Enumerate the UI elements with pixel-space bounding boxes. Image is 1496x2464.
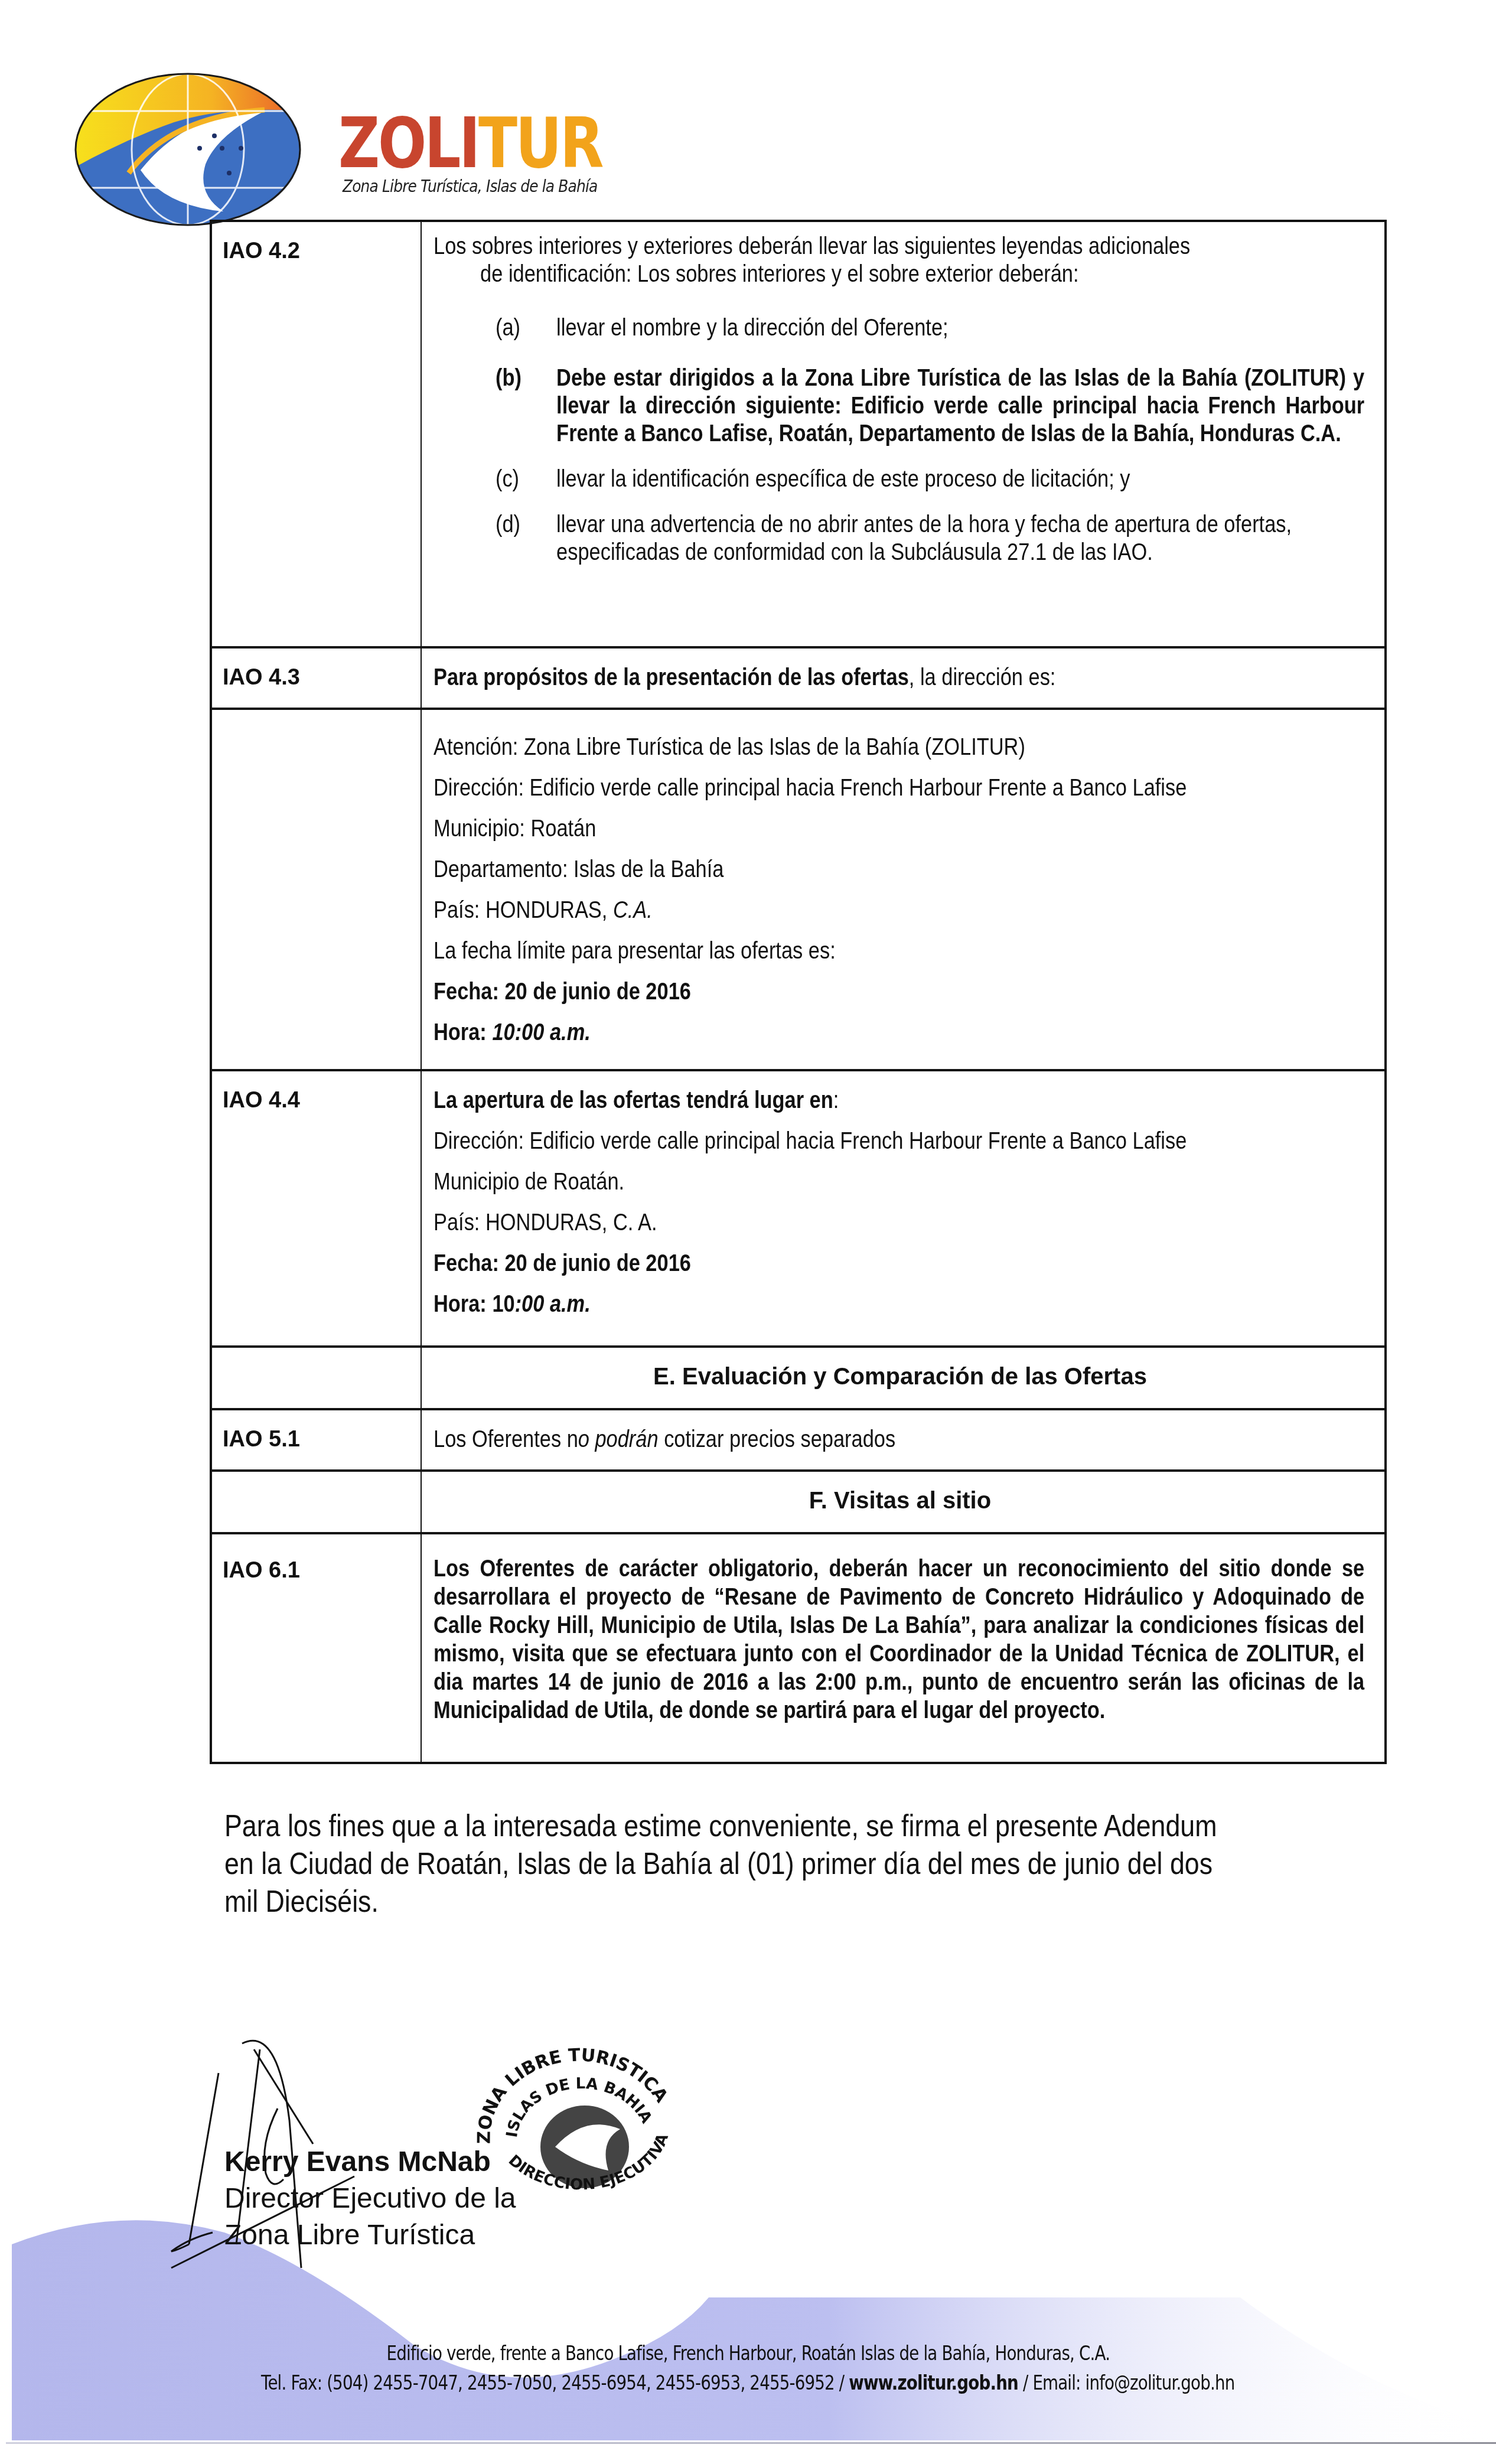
signature-block: Kerry Evans McNab Director Ejecutivo de … [224,2144,516,2254]
clause-id: IAO 6.1 [212,1534,422,1762]
table-row-iao-4-3: IAO 4.3 Para propósitos de la presentaci… [212,646,1384,708]
email-label: / Email: [1018,2371,1086,2394]
municipality-line: Municipio de Roatán. [434,1168,1364,1196]
globe-logo-icon [70,70,306,226]
email-link[interactable]: info@zolitur.gob.hn [1086,2371,1235,2394]
clause-id-empty [212,710,422,1069]
clause-body: Los Oferentes de carácter obligatorio, d… [422,1534,1384,1762]
intro-line-1: Los sobres interiores y exteriores deber… [434,233,1364,260]
clause-body: Los Oferentes no podrán cotizar precios … [422,1410,1384,1469]
country-line: País: HONDURAS, C.A. [434,897,1364,924]
footer-rule [6,2442,1496,2444]
addendum-table: IAO 4.2 Los sobres interiores y exterior… [210,220,1387,1764]
heading-colon: : [833,1087,839,1113]
deadline-intro: La fecha límite para presentar las ofert… [434,937,1364,965]
closing-line-3: mil Dieciséis. [224,1883,1354,1921]
clause-id-empty [212,1348,422,1408]
heading-bold: Para propósitos de la presentación de la… [434,664,909,690]
text-italic: o podrán [578,1426,659,1452]
signer-title-line-2: Zona Libre Turística [224,2217,516,2254]
table-row-iao-4-3-details: Atención: Zona Libre Turística de las Is… [212,708,1384,1069]
item-label: (c) [434,465,556,493]
deadline-time: Hora: 10:00 a.m. [434,1019,1364,1047]
time-value: :00 a.m. [515,1291,591,1317]
footer-phones: Tel. Fax: (504) 2455-7047, 2455-7050, 24… [261,2371,849,2394]
section-title: F. Visitas al sitio [422,1472,1384,1532]
logo-word-zoli: ZOLI [338,102,478,184]
clause-body: Los sobres interiores y exteriores deber… [422,222,1384,646]
site-visit-text: Los Oferentes de carácter obligatorio, d… [434,1554,1364,1725]
opening-heading: La apertura de las ofertas tendrá lugar … [434,1087,833,1113]
table-row-iao-6-1: IAO 6.1 Los Oferentes de carácter obliga… [212,1532,1384,1762]
closing-line-2: en la Ciudad de Roatán, Islas de la Bahí… [224,1845,1354,1883]
municipality-line: Municipio: Roatán [434,815,1364,843]
address-line: Dirección: Edificio verde calle principa… [434,774,1364,802]
item-label: (b) [434,364,556,448]
address-details: Atención: Zona Libre Turística de las Is… [422,710,1384,1069]
logo-word-tur: TUR [478,102,602,184]
country-line: País: HONDURAS, C. A. [434,1209,1364,1237]
website-link[interactable]: www.zolitur.gob.hn [849,2371,1019,2394]
country-label: País: HONDURAS, [434,897,613,923]
signer-title-line-1: Director Ejecutivo de la [224,2181,516,2217]
logo-tagline: Zona Libre Turística, Islas de la Bahía [343,176,597,196]
item-text: llevar el nombre y la dirección del Ofer… [556,314,1364,342]
zolitur-logo: ZOLITUR Zona Libre Turística, Islas de l… [70,70,554,223]
clause-id: IAO 4.3 [212,648,422,708]
item-text: llevar la identificación específica de e… [556,465,1364,493]
footer-address-text: Edificio verde, frente a Banco Lafise, F… [386,2342,1109,2365]
clause-id-empty [212,1472,422,1532]
closing-paragraph: Para los fines que a la interesada estim… [224,1807,1347,1921]
country-abbr: C.A. [613,897,653,923]
table-row-iao-4-4: IAO 4.4 La apertura de las ofertas tendr… [212,1069,1384,1345]
list-item: (b) Debe estar dirigidos a la Zona Libre… [434,364,1364,448]
table-row-iao-5-1: IAO 5.1 Los Oferentes no podrán cotizar … [212,1408,1384,1469]
footer-address: Edificio verde, frente a Banco Lafise, F… [0,2342,1496,2365]
item-label: (d) [434,511,556,566]
logo-wordmark: ZOLITUR [338,108,602,178]
list-item: (a) llevar el nombre y la dirección del … [434,314,1364,342]
text-before: Los Oferentes n [434,1426,578,1452]
table-row-iao-4-2: IAO 4.2 Los sobres interiores y exterior… [212,222,1384,646]
intro-line-2: de identificación: Los sobres interiores… [434,260,1364,288]
clause-id: IAO 5.1 [212,1410,422,1469]
opening-time: Hora: 10:00 a.m. [434,1290,1364,1318]
section-title: E. Evaluación y Comparación de las Ofert… [422,1348,1384,1408]
text-after: cotizar precios separados [659,1426,896,1452]
item-text: Debe estar dirigidos a la Zona Libre Tur… [556,364,1364,448]
time-label: Hora: 10 [434,1291,515,1317]
department-line: Departamento: Islas de la Bahía [434,856,1364,884]
deadline-date: Fecha: 20 de junio de 2016 [434,978,1364,1006]
section-header-f: F. Visitas al sitio [212,1469,1384,1532]
attention-line: Atención: Zona Libre Turística de las Is… [434,734,1364,761]
item-text: llevar una advertencia de no abrir antes… [556,511,1364,566]
clause-id: IAO 4.2 [212,222,422,646]
clause-intro: Los sobres interiores y exteriores deber… [434,233,1364,288]
item-label: (a) [434,314,556,342]
list-item: (d) llevar una advertencia de no abrir a… [434,511,1364,566]
closing-line-1: Para los fines que a la interesada estim… [224,1807,1354,1845]
clause-heading: Para propósitos de la presentación de la… [422,648,1384,708]
heading-rest: , la dirección es: [909,664,1056,690]
opening-date: Fecha: 20 de junio de 2016 [434,1250,1364,1277]
time-value: 10:00 a.m. [492,1019,590,1045]
address-line: Dirección: Edificio verde calle principa… [434,1127,1364,1155]
footer-contact: Tel. Fax: (504) 2455-7047, 2455-7050, 24… [0,2371,1496,2394]
opening-details: La apertura de las ofertas tendrá lugar … [422,1071,1384,1345]
list-item: (c) llevar la identificación específica … [434,465,1364,493]
section-header-e: E. Evaluación y Comparación de las Ofert… [212,1345,1384,1408]
signer-name: Kerry Evans McNab [224,2144,516,2181]
time-label: Hora: [434,1019,492,1045]
clause-id: IAO 4.4 [212,1071,422,1345]
